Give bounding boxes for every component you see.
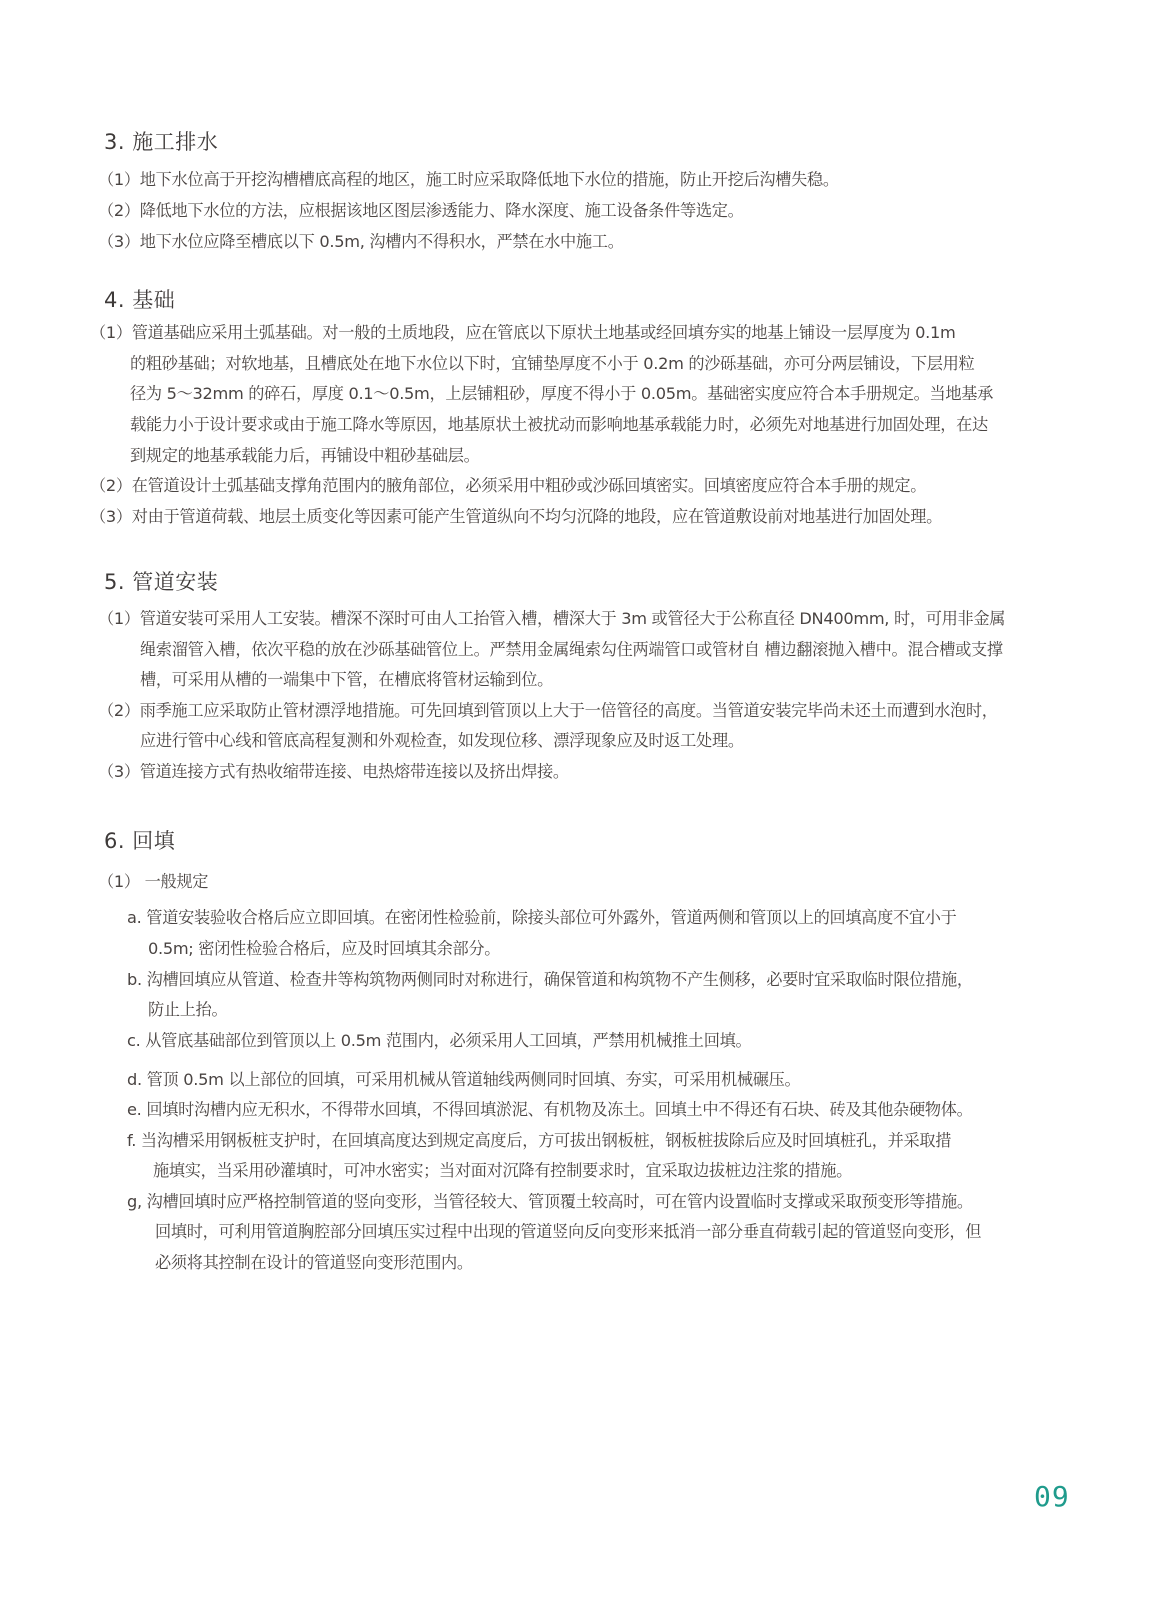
section-3-item-1: （1）地下水位高于开挖沟槽槽底高程的地区，施工时应采取降低地下水位的措施，防止开… bbox=[98, 170, 839, 190]
section-5-line-4: （2）雨季施工应采取防止管材漂浮地措施。可先回填到管顶以上大于一倍管径的高度。当… bbox=[98, 701, 998, 721]
section-5-heading: 5. 管道安装 bbox=[104, 566, 218, 596]
section-4-heading: 4. 基础 bbox=[104, 284, 175, 314]
section-5-line-1: （1）管道安装可采用人工安装。槽深不深时可由人工抬管入槽，槽深大于 3m 或管径… bbox=[98, 609, 1005, 629]
section-6-line-a1: a. 管道安装验收合格后应立即回填。在密闭性检验前，除接头部位可外露外，管道两侧… bbox=[127, 908, 957, 928]
section-4-line-4: 载能力小于设计要求或由于施工降水等原因，地基原状土被扰动而影响地基承载能力时，必… bbox=[130, 415, 988, 435]
section-6-heading: 6. 回填 bbox=[104, 825, 175, 855]
section-6-line-g1: g, 沟槽回填时应严格控制管道的竖向变形，当管径较大、管顶覆土较高时，可在管内设… bbox=[127, 1192, 973, 1212]
section-4-line-5: 到规定的地基承载能力后，再铺设中粗砂基础层。 bbox=[130, 446, 480, 466]
section-5-line-2: 绳索溜管入槽，依次平稳的放在沙砾基础管位上。严禁用金属绳索勾住两端管口或管材自 … bbox=[140, 640, 1003, 660]
section-6-line-g2: 回填时，可利用管道胸腔部分回填压实过程中出现的管道竖向反向变形来抵消一部分垂直荷… bbox=[155, 1222, 981, 1242]
section-6-subheading: （1） 一般规定 bbox=[98, 872, 208, 892]
section-3-item-2: （2）降低地下水位的方法，应根据该地区图层渗透能力、降水深度、施工设备条件等选定… bbox=[98, 201, 744, 221]
section-5-line-3: 槽，可采用从槽的一端集中下管，在槽底将管材运输到位。 bbox=[140, 670, 553, 690]
section-6-line-f1: f. 当沟槽采用钢板桩支护时，在回填高度达到规定高度后，方可拔出钢板桩，钢板桩拔… bbox=[127, 1131, 951, 1151]
section-6-line-b1: b. 沟槽回填应从管道、检查井等构筑物两侧同时对称进行，确保管道和构筑物不产生侧… bbox=[127, 970, 973, 990]
section-4-line-1: （1）管道基础应采用土弧基础。对一般的土质地段，应在管底以下原状土地基或经回填夯… bbox=[90, 323, 955, 343]
section-6-line-c: c. 从管底基础部位到管顶以上 0.5m 范围内，必须采用人工回填，严禁用机械推… bbox=[127, 1031, 751, 1051]
section-4-line-7: （3）对由于管道荷载、地层土质变化等因素可能产生管道纵向不均匀沉降的地段，应在管… bbox=[90, 507, 942, 527]
section-4-line-2: 的粗砂基础；对软地基，且槽底处在地下水位以下时，宜铺垫厚度不小于 0.2m 的沙… bbox=[130, 354, 974, 374]
section-4-line-3: 径为 5～32mm 的碎石，厚度 0.1～0.5m，上层铺粗砂，厚度不得小于 0… bbox=[130, 384, 993, 404]
section-6-line-g3: 必须将其控制在设计的管道竖向变形范围内。 bbox=[155, 1253, 473, 1273]
section-6-line-d: d. 管顶 0.5m 以上部位的回填，可采用机械从管道轴线两侧同时回填、夯实，可… bbox=[127, 1070, 800, 1090]
section-6-line-f2: 施填实，当采用砂灌填时，可冲水密实；当对面对沉降有控制要求时，宜采取边拔桩边注浆… bbox=[153, 1161, 852, 1181]
section-6-line-b2: 防止上抬。 bbox=[148, 1000, 227, 1020]
page-number: 09 bbox=[1034, 1480, 1070, 1513]
section-6-line-a2: 0.5m; 密闭性检验合格后，应及时回填其余部分。 bbox=[148, 939, 500, 959]
section-4-line-6: （2）在管道设计土弧基础支撑角范围内的腋角部位，必须采用中粗砂或沙砾回填密实。回… bbox=[90, 476, 926, 496]
section-6-line-e: e. 回填时沟槽内应无积水，不得带水回填，不得回填淤泥、有机物及冻土。回填土中不… bbox=[127, 1100, 973, 1120]
section-5-line-5: 应进行管中心线和管底高程复测和外观检查，如发现位移、漂浮现象应及时返工处理。 bbox=[140, 731, 744, 751]
section-5-line-6: （3）管道连接方式有热收缩带连接、电热熔带连接以及挤出焊接。 bbox=[98, 762, 569, 782]
section-3-heading: 3. 施工排水 bbox=[104, 126, 218, 156]
section-3-item-3: （3）地下水位应降至槽底以下 0.5m, 沟槽内不得积水，严禁在水中施工。 bbox=[98, 232, 624, 252]
